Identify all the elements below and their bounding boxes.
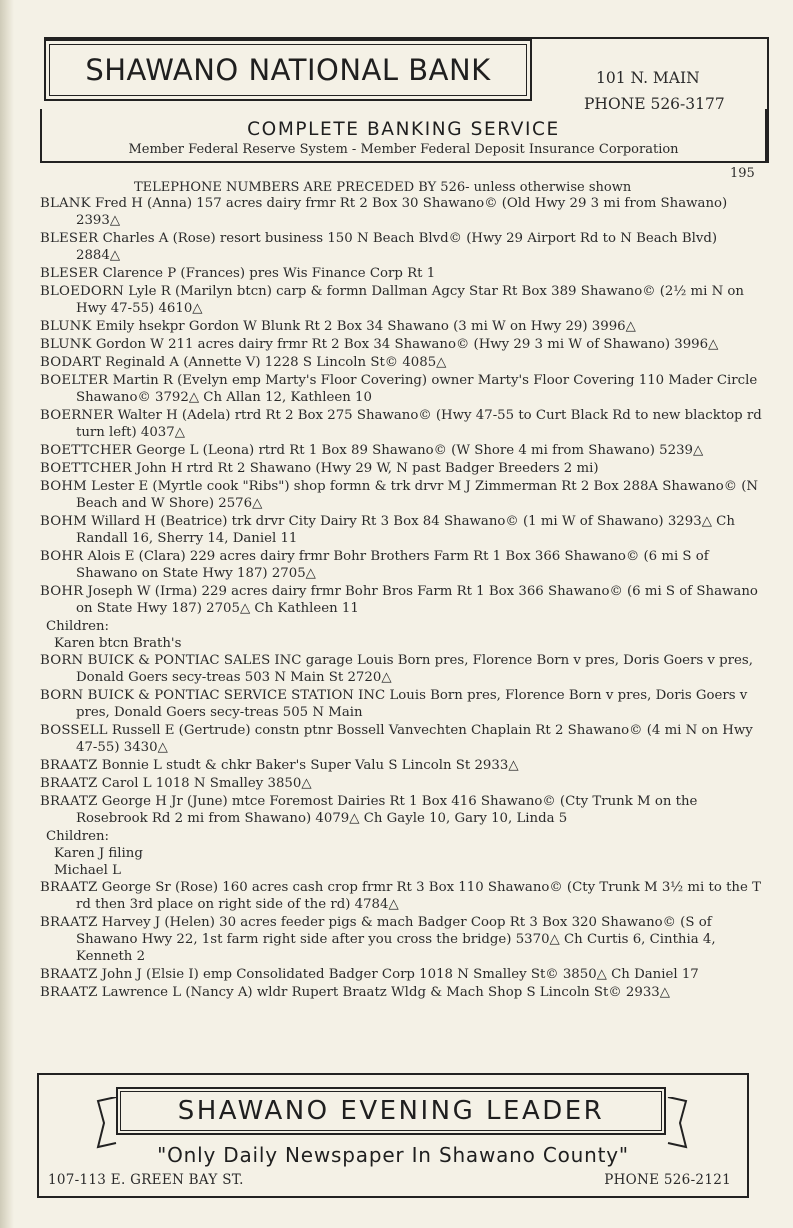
listing-surname: BOHM (40, 514, 87, 529)
listing-details: John H rtrd Rt 2 Shawano (Hwy 29 W, N pa… (132, 461, 599, 476)
listing-entry: BLOEDORN Lyle R (Marilyn btcn) carp & fo… (40, 283, 765, 317)
listing-details: Clarence P (Frances) pres Wis Finance Co… (98, 266, 435, 281)
listing-details: Bonnie L studt & chkr Baker's Super Valu… (98, 758, 519, 773)
listing-entry: BRAATZ George Sr (Rose) 160 acres cash c… (40, 879, 765, 913)
listing-entry: BOERNER Walter H (Adela) rtrd Rt 2 Box 2… (40, 407, 765, 441)
listing-details: Alois E (Clara) 229 acres dairy frmr Boh… (76, 549, 709, 581)
bank-name: SHAWANO NATIONAL BANK (85, 53, 490, 87)
listing-entry: BOHR Joseph W (Irma) 229 acres dairy frm… (40, 583, 765, 617)
listing-entry: BRAATZ Carol L 1018 N Smalley 3850△ (40, 775, 765, 792)
listing-details: Fred H (Anna) 157 acres dairy frmr Rt 2 … (76, 196, 727, 228)
listing-surname: BRAATZ (40, 880, 98, 895)
listing-surname: BORN (40, 688, 83, 703)
listing-surname: BOERNER (40, 408, 113, 423)
bank-advertisement: SHAWANO NATIONAL BANK 101 N. MAIN PHONE … (44, 37, 769, 163)
listing-surname: BOSSELL (40, 723, 108, 738)
listing-surname: BLANK (40, 196, 91, 211)
listing-details: George Sr (Rose) 160 acres cash crop frm… (76, 880, 761, 912)
listing-entry: BOETTCHER George L (Leona) rtrd Rt 1 Box… (40, 442, 765, 459)
listing-details: Russell E (Gertrude) constn ptnr Bossell… (76, 723, 753, 755)
listing-details: George H Jr (June) mtce Foremost Dairies… (76, 794, 697, 826)
listing-entry: BLANK Fred H (Anna) 157 acres dairy frmr… (40, 195, 765, 229)
bank-address: 101 N. MAIN (584, 65, 754, 91)
newspaper-address: 107-113 E. GREEN BAY ST. (48, 1172, 244, 1188)
newspaper-slogan: "Only Daily Newspaper In Shawano County" (39, 1143, 747, 1167)
bank-membership: Member Federal Reserve System - Member F… (42, 142, 765, 157)
listing-details: BUICK & PONTIAC SALES INC garage Louis B… (76, 653, 753, 685)
listing-entry: BLUNK Gordon W 211 acres dairy frmr Rt 2… (40, 336, 765, 353)
listing-surname: BRAATZ (40, 794, 98, 809)
listing-entry: BRAATZ Harvey J (Helen) 30 acres feeder … (40, 914, 765, 965)
listing-details: Charles A (Rose) resort business 150 N B… (76, 231, 717, 263)
newspaper-advertisement: SHAWANO EVENING LEADER "Only Daily Newsp… (37, 1073, 749, 1198)
child-entry: Michael L (40, 862, 765, 879)
listing-surname: BRAATZ (40, 758, 98, 773)
listing-surname: BRAATZ (40, 915, 98, 930)
page-binding-shadow (0, 0, 14, 1228)
listing-entry: BOETTCHER John H rtrd Rt 2 Shawano (Hwy … (40, 460, 765, 477)
listing-entry: BRAATZ Bonnie L studt & chkr Baker's Sup… (40, 757, 765, 774)
listing-surname: BRAATZ (40, 776, 98, 791)
child-entry: Karen J filing (40, 845, 765, 862)
listing-details: George L (Leona) rtrd Rt 1 Box 89 Shawan… (132, 443, 703, 458)
listing-details: Lyle R (Marilyn btcn) carp & formn Dallm… (76, 284, 744, 316)
listing-entry: BORN BUICK & PONTIAC SERVICE STATION INC… (40, 687, 765, 721)
listing-surname: BRAATZ (40, 967, 98, 982)
listing-entry: BRAATZ George H Jr (June) mtce Foremost … (40, 793, 765, 827)
bank-service-box: COMPLETE BANKING SERVICE Member Federal … (40, 109, 767, 163)
listing-surname: BODART (40, 355, 101, 370)
listing-surname: BOHR (40, 549, 83, 564)
listing-entry: BOHM Lester E (Myrtle cook "Ribs") shop … (40, 478, 765, 512)
phone-prefix-note: TELEPHONE NUMBERS ARE PRECEDED BY 526- u… (134, 180, 631, 195)
listing-entry: BLUNK Emily hsekpr Gordon W Blunk Rt 2 B… (40, 318, 765, 335)
listing-surname: BOETTCHER (40, 461, 132, 476)
listing-details: Harvey J (Helen) 30 acres feeder pigs & … (76, 915, 716, 964)
listing-details: Gordon W 211 acres dairy frmr Rt 2 Box 3… (92, 337, 719, 352)
newspaper-banner: SHAWANO EVENING LEADER (116, 1087, 666, 1135)
listing-entry: BLESER Clarence P (Frances) pres Wis Fin… (40, 265, 765, 282)
listing-surname: BOELTER (40, 373, 108, 388)
listing-surname: BORN (40, 653, 83, 668)
listing-entry: BRAATZ John J (Elsie I) emp Consolidated… (40, 966, 765, 983)
listing-details: Carol L 1018 N Smalley 3850△ (98, 776, 312, 791)
page-number: 195 (730, 166, 755, 181)
listing-surname: BLUNK (40, 319, 92, 334)
listing-entry: BOHR Alois E (Clara) 229 acres dairy frm… (40, 548, 765, 582)
listing-details: John J (Elsie I) emp Consolidated Badger… (98, 967, 699, 982)
listing-entry: BORN BUICK & PONTIAC SALES INC garage Lo… (40, 652, 765, 686)
listing-entry: BLESER Charles A (Rose) resort business … (40, 230, 765, 264)
listing-surname: BLESER (40, 266, 98, 281)
listing-surname: BRAATZ (40, 985, 98, 1000)
directory-listings: BLANK Fred H (Anna) 157 acres dairy frmr… (40, 195, 765, 1002)
listing-details: Willard H (Beatrice) trk drvr City Dairy… (76, 514, 735, 546)
newspaper-phone: PHONE 526-2121 (604, 1172, 731, 1188)
listing-entry: BOELTER Martin R (Evelyn emp Marty's Flo… (40, 372, 765, 406)
child-entry: Karen btcn Brath's (40, 635, 765, 652)
listing-surname: BOETTCHER (40, 443, 132, 458)
listing-surname: BOHR (40, 584, 83, 599)
ribbon-left-tail-icon (96, 1097, 118, 1149)
listing-surname: BLOEDORN (40, 284, 124, 299)
listing-details: Walter H (Adela) rtrd Rt 2 Box 275 Shawa… (76, 408, 762, 440)
listing-details: Emily hsekpr Gordon W Blunk Rt 2 Box 34 … (92, 319, 636, 334)
newspaper-name: SHAWANO EVENING LEADER (178, 1096, 605, 1126)
bank-name-box: SHAWANO NATIONAL BANK (44, 39, 532, 101)
listing-entry: BOHM Willard H (Beatrice) trk drvr City … (40, 513, 765, 547)
listing-details: BUICK & PONTIAC SERVICE STATION INC Loui… (76, 688, 747, 720)
ribbon-right-tail-icon (666, 1097, 688, 1149)
children-label: Children: (40, 828, 765, 845)
listing-entry: BRAATZ Lawrence L (Nancy A) wldr Rupert … (40, 984, 765, 1001)
children-label: Children: (40, 618, 765, 635)
listing-surname: BLUNK (40, 337, 92, 352)
listing-details: Martin R (Evelyn emp Marty's Floor Cover… (76, 373, 757, 405)
listing-details: Reginald A (Annette V) 1228 S Lincoln St… (101, 355, 446, 370)
listing-surname: BOHM (40, 479, 87, 494)
listing-details: Lawrence L (Nancy A) wldr Rupert Braatz … (98, 985, 670, 1000)
listing-details: Lester E (Myrtle cook "Ribs") shop formn… (76, 479, 758, 511)
listing-surname: BLESER (40, 231, 98, 246)
listing-details: Joseph W (Irma) 229 acres dairy frmr Boh… (76, 584, 758, 616)
bank-tagline: COMPLETE BANKING SERVICE (42, 119, 765, 140)
listing-entry: BODART Reginald A (Annette V) 1228 S Lin… (40, 354, 765, 371)
listing-entry: BOSSELL Russell E (Gertrude) constn ptnr… (40, 722, 765, 756)
